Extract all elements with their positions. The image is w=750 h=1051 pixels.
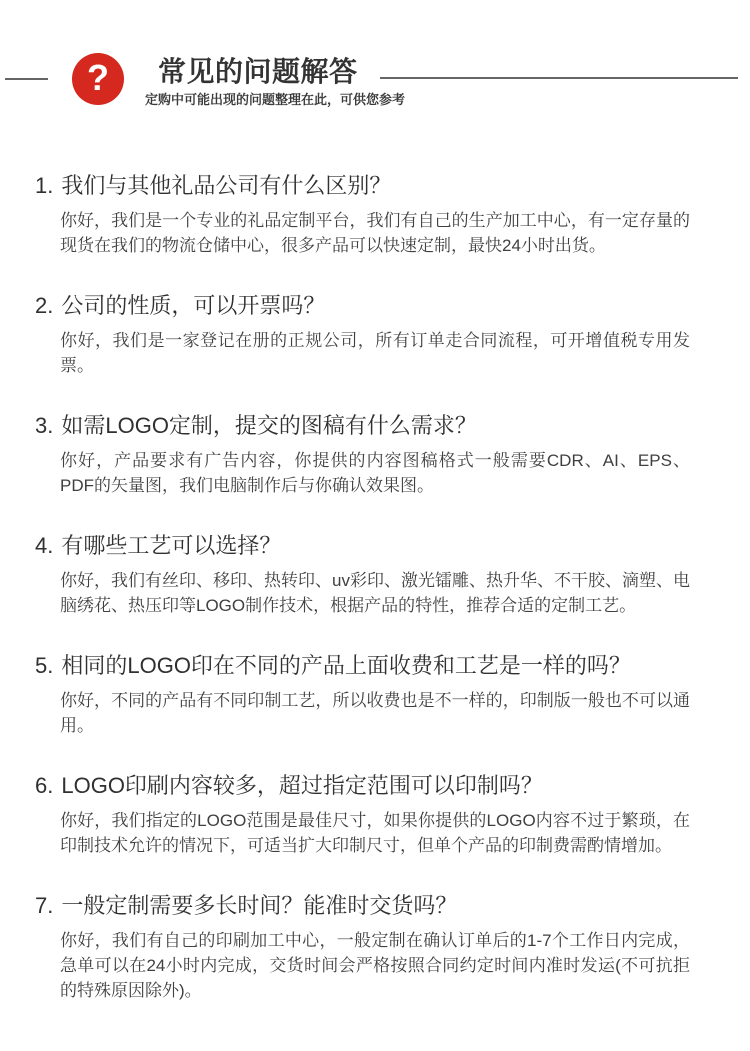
faq-question: 2.公司的性质，可以开票吗？ — [35, 292, 715, 320]
page-title: 常见的问题解答 — [158, 56, 358, 88]
faq-question: 6.LOGO印刷内容较多，超过指定范围可以印制吗？ — [35, 772, 715, 800]
faq-question-text: 公司的性质，可以开票吗？ — [61, 293, 325, 318]
faq-item: 1.我们与其他礼品公司有什么区别？ 你好，我们是一个专业的礼品定制平台，我们有自… — [35, 172, 715, 258]
faq-question: 4.有哪些工艺可以选择？ — [35, 532, 715, 560]
faq-question: 5.相同的LOGO印在不同的产品上面收费和工艺是一样的吗？ — [35, 652, 715, 680]
faq-question: 7.一般定制需要多长时间？能准时交货吗？ — [35, 892, 715, 920]
faq-item: 3.如需LOGO定制，提交的图稿有什么需求？ 你好，产品要求有广告内容，你提供的… — [35, 412, 715, 498]
faq-question-number: 3. — [35, 412, 53, 440]
faq-page: ? 常见的问题解答 定购中可能出现的问题整理在此，可供您参考 1.我们与其他礼品… — [0, 0, 750, 1051]
faq-question-text: 一般定制需要多长时间？能准时交货吗？ — [61, 893, 457, 918]
faq-answer: 你好，我们是一个专业的礼品定制平台，我们有自己的生产加工中心，有一定存量的现货在… — [60, 208, 690, 258]
faq-answer: 你好，我们有自己的印刷加工中心，一般定制在确认订单后的1-7个工作日内完成，急单… — [60, 928, 690, 1003]
faq-question-number: 7. — [35, 892, 53, 920]
faq-answer: 你好，产品要求有广告内容，你提供的内容图稿格式一般需要CDR、AI、EPS、PD… — [60, 448, 690, 498]
faq-answer: 你好，我们是一家登记在册的正规公司，所有订单走合同流程，可开增值税专用发票。 — [60, 328, 690, 378]
faq-item: 2.公司的性质，可以开票吗？ 你好，我们是一家登记在册的正规公司，所有订单走合同… — [35, 292, 715, 378]
header: ? 常见的问题解答 定购中可能出现的问题整理在此，可供您参考 — [0, 0, 750, 172]
faq-question: 3.如需LOGO定制，提交的图稿有什么需求？ — [35, 412, 715, 440]
faq-answer: 你好，我们有丝印、移印、热转印、uv彩印、激光镭雕、热升华、不干胶、滴塑、电脑绣… — [60, 568, 690, 618]
faq-question-number: 6. — [35, 772, 53, 800]
faq-item: 7.一般定制需要多长时间？能准时交货吗？ 你好，我们有自己的印刷加工中心，一般定… — [35, 892, 715, 1003]
faq-answer: 你好，不同的产品有不同印制工艺，所以收费也是不一样的，印制版一般也不可以通用。 — [60, 688, 690, 738]
faq-answer: 你好，我们指定的LOGO范围是最佳尺寸，如果你提供的LOGO内容不过于繁琐，在印… — [60, 808, 690, 858]
question-mark-glyph: ? — [87, 60, 109, 96]
right-divider-line — [380, 77, 738, 79]
faq-question-number: 5. — [35, 652, 53, 680]
faq-question: 1.我们与其他礼品公司有什么区别？ — [35, 172, 715, 200]
faq-question-text: 我们与其他礼品公司有什么区别？ — [61, 173, 391, 198]
left-divider-line — [5, 78, 48, 80]
faq-question-number: 2. — [35, 292, 53, 320]
faq-question-text: LOGO印刷内容较多，超过指定范围可以印制吗？ — [61, 773, 543, 798]
faq-list: 1.我们与其他礼品公司有什么区别？ 你好，我们是一个专业的礼品定制平台，我们有自… — [0, 172, 750, 1003]
faq-question-text: 如需LOGO定制，提交的图稿有什么需求？ — [61, 413, 477, 438]
page-subtitle: 定购中可能出现的问题整理在此，可供您参考 — [145, 92, 405, 108]
faq-question-number: 1. — [35, 172, 53, 200]
faq-item: 5.相同的LOGO印在不同的产品上面收费和工艺是一样的吗？ 你好，不同的产品有不… — [35, 652, 715, 738]
faq-question-text: 相同的LOGO印在不同的产品上面收费和工艺是一样的吗？ — [61, 653, 631, 678]
faq-item: 6.LOGO印刷内容较多，超过指定范围可以印制吗？ 你好，我们指定的LOGO范围… — [35, 772, 715, 858]
faq-question-text: 有哪些工艺可以选择？ — [61, 533, 281, 558]
faq-item: 4.有哪些工艺可以选择？ 你好，我们有丝印、移印、热转印、uv彩印、激光镭雕、热… — [35, 532, 715, 618]
question-mark-icon: ? — [72, 53, 124, 105]
faq-question-number: 4. — [35, 532, 53, 560]
